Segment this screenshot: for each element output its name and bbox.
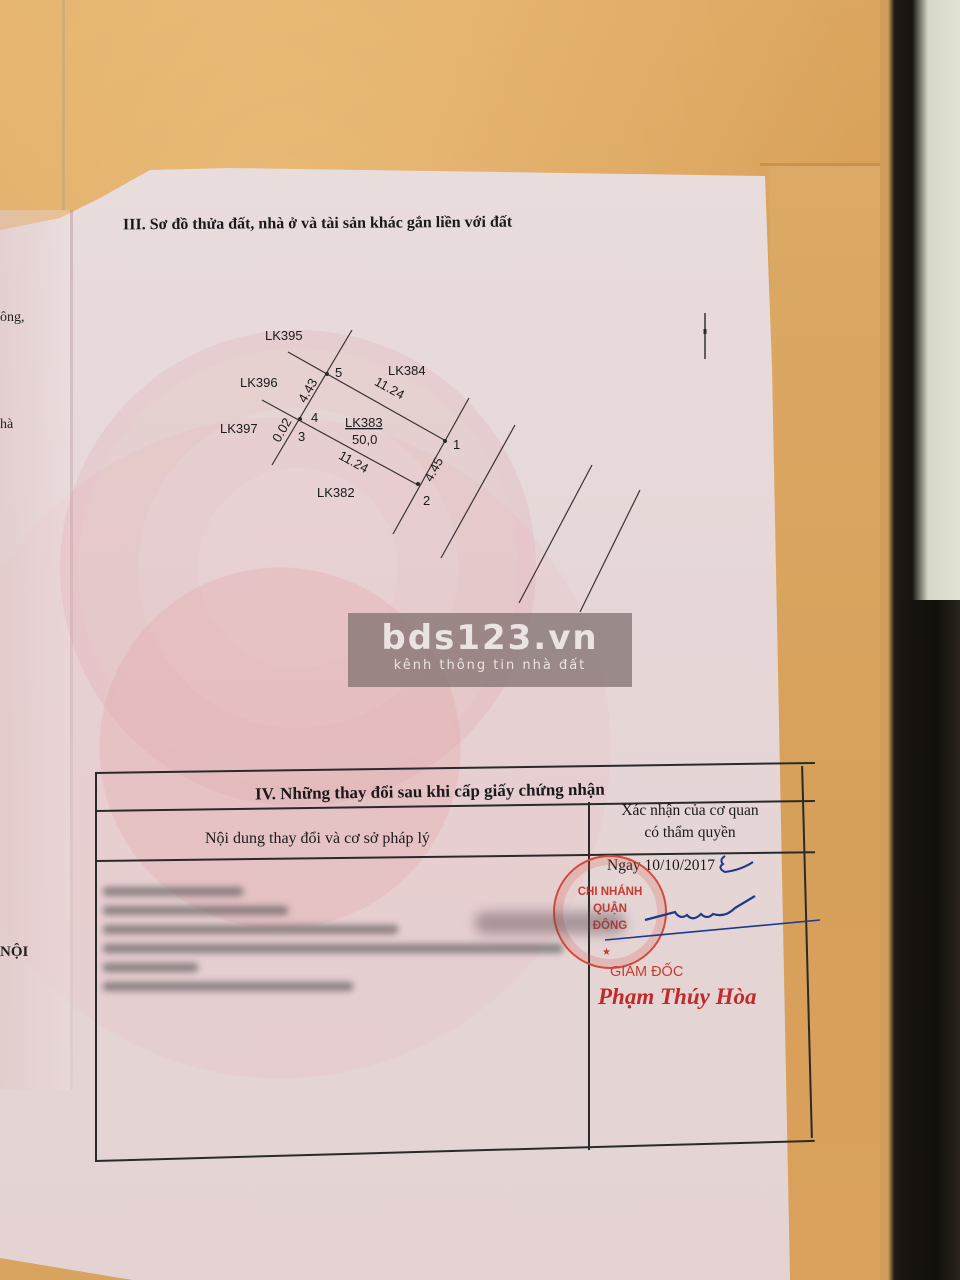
signer-name: Phạm Thúy Hòa bbox=[598, 984, 756, 1010]
north-arrow-icon bbox=[703, 313, 707, 359]
table-border bbox=[95, 1140, 815, 1162]
redaction-smudge bbox=[475, 912, 625, 934]
changes-table: IV. Những thay đổi sau khi cấp giấy chứn… bbox=[95, 772, 815, 1232]
bronze-drum-watermark-pattern bbox=[60, 330, 536, 806]
cabinet-edge bbox=[900, 600, 960, 1280]
authority-column-header: Xác nhận của cơ quan có thẩm quyền bbox=[595, 800, 785, 844]
tile-seam bbox=[62, 0, 65, 210]
table-border bbox=[95, 772, 97, 1162]
watermark-brand: bds123.vn bbox=[348, 619, 632, 657]
redacted-content bbox=[103, 877, 563, 1012]
left-page-text: hà bbox=[0, 417, 13, 433]
site-watermark: bds123.vn kênh thông tin nhà đất bbox=[348, 613, 632, 687]
left-page-text: ông, bbox=[0, 310, 25, 326]
stamp-star-icon: ★ bbox=[602, 947, 611, 958]
handwritten-mark-icon bbox=[717, 852, 757, 876]
content-column-header: Nội dung thay đổi và cơ sở pháp lý bbox=[205, 830, 430, 848]
signature bbox=[605, 890, 820, 945]
table-border bbox=[588, 802, 590, 1150]
left-page-text: NỘI bbox=[0, 944, 28, 961]
page-fold bbox=[70, 210, 73, 1090]
section-iv-title: IV. Những thay đổi sau khi cấp giấy chứn… bbox=[255, 780, 605, 805]
tile-seam bbox=[760, 163, 900, 166]
section-iii-title: III. Sơ đồ thửa đất, nhà ở và tài sản kh… bbox=[123, 214, 512, 235]
table-border bbox=[801, 766, 812, 1138]
watermark-tagline: kênh thông tin nhà đất bbox=[348, 657, 632, 675]
signer-title: GIÁM ĐỐC bbox=[610, 964, 683, 980]
